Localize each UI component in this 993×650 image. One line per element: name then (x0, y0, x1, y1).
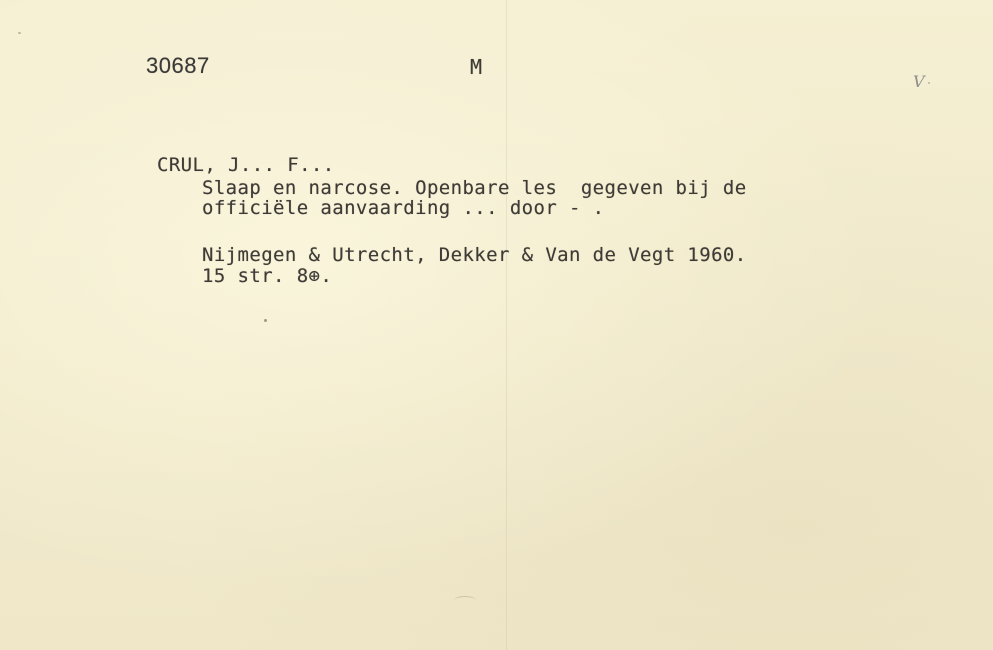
ink-speck (928, 82, 930, 84)
imprint-line: Nijmegen & Utrecht, Dekker & Van de Vegt… (202, 245, 747, 265)
ink-speck (264, 319, 267, 322)
catalog-card: 30687 M V CRUL, J... F... Slaap en narco… (0, 0, 993, 650)
card-crease (506, 0, 507, 650)
section-letter: M (470, 57, 482, 77)
pencil-smudge (454, 596, 476, 605)
call-number: 30687 (146, 56, 210, 76)
title-line: officiële aanvaarding ... door - . (202, 198, 605, 218)
title-line: Slaap en narcose. Openbare les gegeven b… (202, 178, 747, 198)
author-heading: CRUL, J... F... (157, 155, 335, 175)
collation-line: 15 str. 8⊕. (202, 266, 332, 286)
check-mark-icon: V (913, 72, 925, 91)
ink-speck (18, 32, 21, 34)
